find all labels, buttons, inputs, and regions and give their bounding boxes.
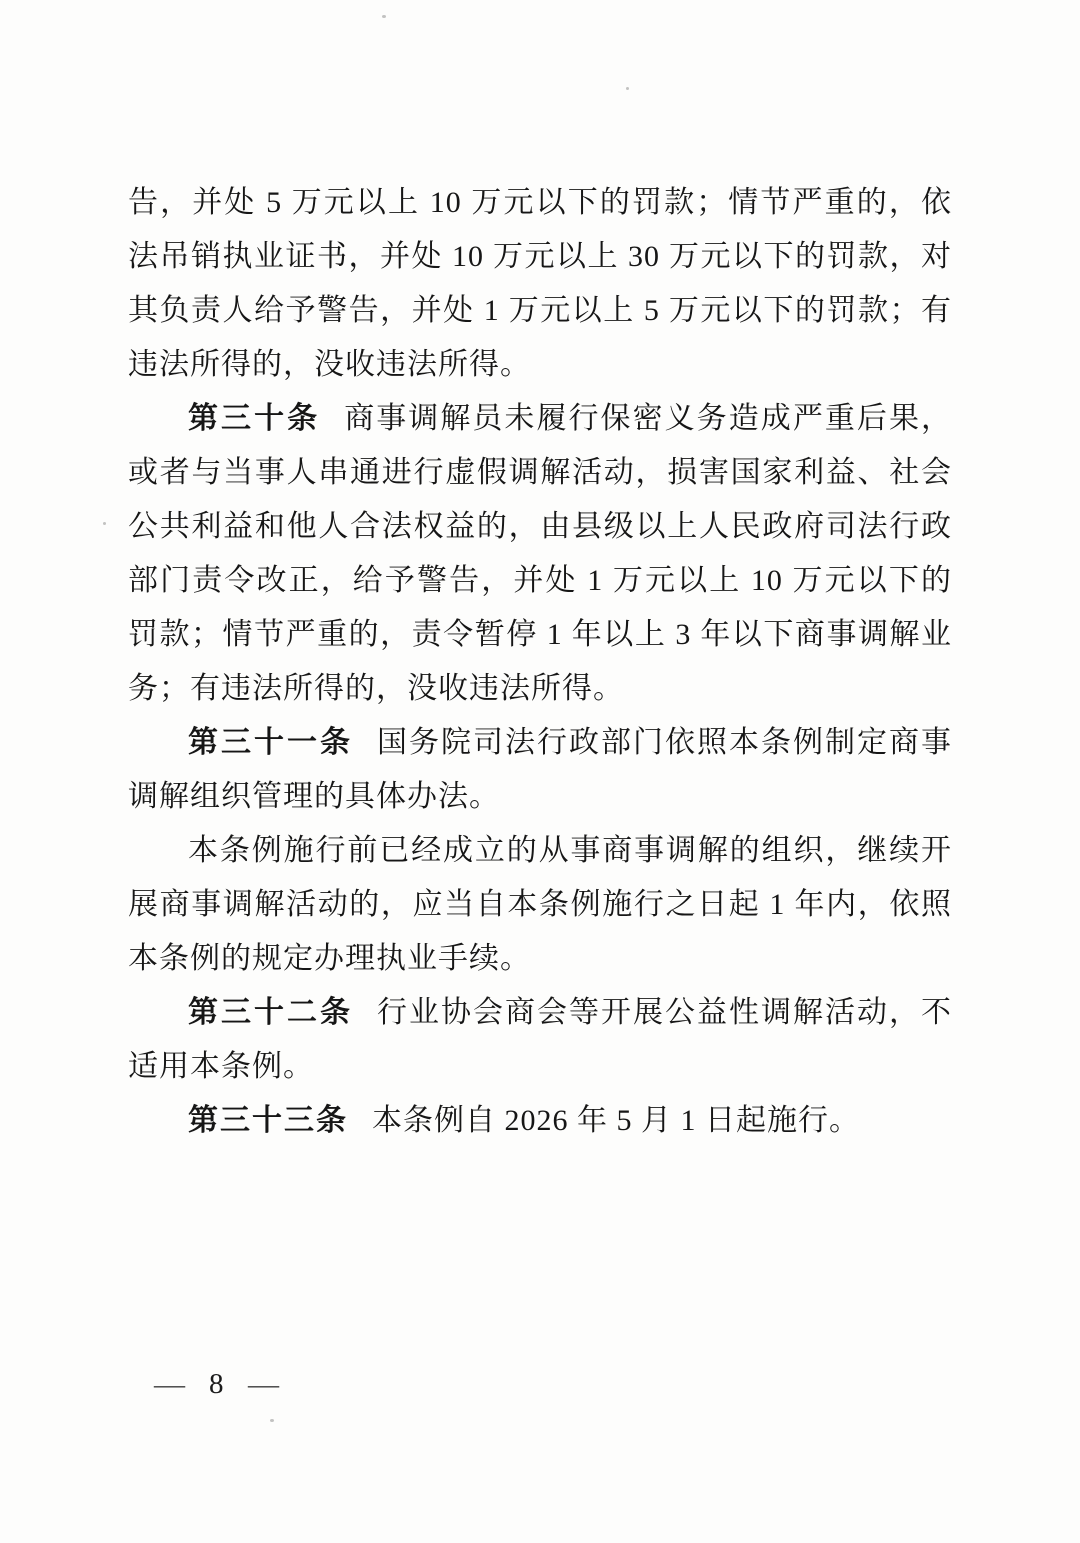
footer-right-dash: —	[247, 1369, 278, 1400]
scan-speck	[382, 15, 386, 18]
page-footer: — 8 —	[156, 1368, 277, 1401]
paragraph-text: 告，并处 5 万元以上 10 万元以下的罚款；情节严重的，依法吊销执业证书，并处…	[128, 186, 952, 381]
scan-speck	[626, 87, 629, 90]
scan-speck	[270, 1419, 274, 1422]
document-page: 告，并处 5 万元以上 10 万元以下的罚款；情节严重的，依法吊销执业证书，并处…	[0, 0, 1080, 1543]
paragraph-article-33: 第三十三条本条例自 2026 年 5 月 1 日起施行。	[128, 1094, 952, 1148]
page-number: 8	[209, 1368, 224, 1401]
article-30-number: 第三十条	[188, 402, 320, 435]
paragraph-continuation: 告，并处 5 万元以上 10 万元以下的罚款；情节严重的，依法吊销执业证书，并处…	[128, 176, 952, 392]
paragraph-text: 商事调解员未履行保密义务造成严重后果，或者与当事人串通进行虚假调解活动，损害国家…	[128, 402, 952, 705]
paragraph-text: 本条例施行前已经成立的从事商事调解的组织，继续开展商事调解活动的，应当自本条例施…	[128, 834, 952, 975]
scan-speck	[103, 522, 106, 525]
paragraph-text: 本条例自 2026 年 5 月 1 日起施行。	[372, 1104, 860, 1137]
paragraph-article-32: 第三十二条行业协会商会等开展公益性调解活动，不适用本条例。	[128, 986, 952, 1094]
paragraph-transition-clause: 本条例施行前已经成立的从事商事调解的组织，继续开展商事调解活动的，应当自本条例施…	[128, 824, 952, 986]
article-33-number: 第三十三条	[188, 1104, 348, 1137]
article-31-number: 第三十一条	[188, 726, 353, 759]
document-body: 告，并处 5 万元以上 10 万元以下的罚款；情节严重的，依法吊销执业证书，并处…	[128, 176, 952, 1148]
scan-speck	[680, 840, 683, 843]
footer-left-dash: —	[154, 1369, 185, 1400]
article-32-number: 第三十二条	[188, 996, 353, 1029]
paragraph-article-30: 第三十条商事调解员未履行保密义务造成严重后果，或者与当事人串通进行虚假调解活动，…	[128, 392, 952, 716]
paragraph-article-31: 第三十一条国务院司法行政部门依照本条例制定商事调解组织管理的具体办法。	[128, 716, 952, 824]
